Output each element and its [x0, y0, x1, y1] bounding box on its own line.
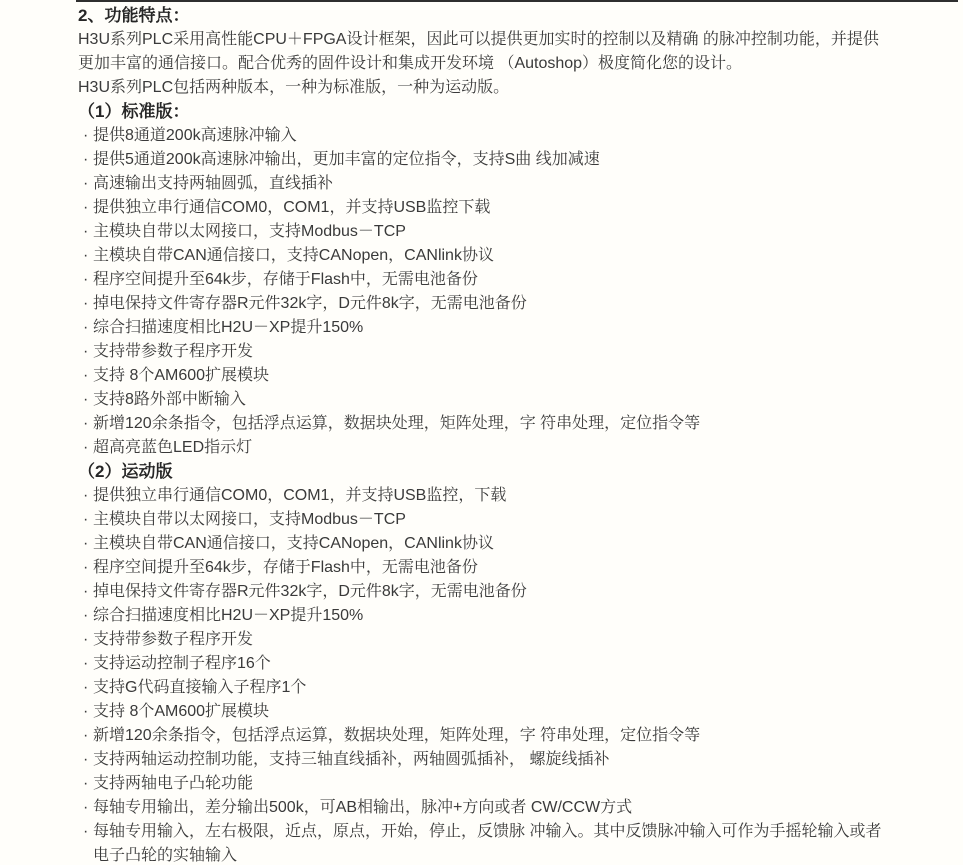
document-page: 2、功能特点： H3U系列PLC采用高性能CPU＋FPGA设计框架，因此可以提供…: [0, 0, 963, 865]
feature-list-item: ·超高亮蓝色LED指示灯: [78, 436, 890, 460]
bullet-dot: ·: [83, 700, 93, 724]
standard-version-section: （1）标准版： ·提供8通道200k高速脉冲输入·提供5通道200k高速脉冲输出…: [78, 100, 890, 460]
feature-list-item: ·掉电保持文件寄存器R元件32k字，D元件8k字，无需电池备份: [78, 292, 890, 316]
bullet-dot: ·: [83, 748, 93, 772]
bullet-dot: ·: [83, 676, 93, 700]
bullet-dot: ·: [83, 508, 93, 532]
feature-list-item: ·支持 8个AM600扩展模块: [78, 700, 890, 724]
feature-text: 程序空间提升至64k步，存储于Flash中，无需电池备份: [93, 559, 478, 576]
bullet-dot: ·: [83, 652, 93, 676]
intro-paragraph: H3U系列PLC采用高性能CPU＋FPGA设计框架，因此可以提供更加实时的控制以…: [78, 28, 890, 100]
feature-list-item: ·支持带参数子程序开发: [78, 340, 890, 364]
intro-line: H3U系列PLC包括两种版本，一种为标准版，一种为运动版。: [78, 76, 890, 100]
feature-list-item: ·主模块自带以太网接口，支持Modbus－TCP: [78, 508, 890, 532]
feature-list-item: ·提供8通道200k高速脉冲输入: [78, 124, 890, 148]
feature-list-item: ·支持G代码直接输入子程序1个: [78, 676, 890, 700]
feature-list-item: ·支持两轴运动控制功能，支持三轴直线插补，两轴圆弧插补， 螺旋线插补: [78, 748, 890, 772]
bullet-dot: ·: [83, 148, 93, 172]
feature-text: 提供独立串行通信COM0，COM1，并支持USB监控，下载: [93, 487, 506, 504]
feature-list-item: ·提供独立串行通信COM0，COM1，并支持USB监控下载: [78, 196, 890, 220]
bullet-dot: ·: [83, 124, 93, 148]
bullet-dot: ·: [83, 796, 93, 820]
table-bottom-border: [76, 0, 958, 2]
feature-text: 主模块自带以太网接口，支持Modbus－TCP: [93, 223, 406, 240]
feature-list-item: ·支持运动控制子程序16个: [78, 652, 890, 676]
intro-line: H3U系列PLC采用高性能CPU＋FPGA设计框架，因此可以提供更加实时的控制以…: [78, 28, 890, 52]
feature-list-item: ·提供独立串行通信COM0，COM1，并支持USB监控，下载: [78, 484, 890, 508]
bullet-dot: ·: [83, 412, 93, 436]
bullet-dot: ·: [83, 556, 93, 580]
feature-text: 超高亮蓝色LED指示灯: [93, 439, 252, 456]
feature-text: 支持带参数子程序开发: [93, 343, 253, 360]
feature-text: 主模块自带CAN通信接口，支持CANopen，CANlink协议: [93, 535, 494, 552]
feature-text: 新增120余条指令，包括浮点运算，数据块处理，矩阵处理，字 符串处理，定位指令等: [93, 727, 700, 744]
bullet-dot: ·: [83, 628, 93, 652]
bullet-dot: ·: [83, 244, 93, 268]
bullet-dot: ·: [83, 316, 93, 340]
bullet-dot: ·: [83, 772, 93, 796]
feature-text: 支持运动控制子程序16个: [93, 655, 271, 672]
motion-version-section: （2）运动版 ·提供独立串行通信COM0，COM1，并支持USB监控，下载·主模…: [78, 460, 890, 865]
feature-list-item: ·提供5通道200k高速脉冲输出，更加丰富的定位指令，支持S曲 线加减速: [78, 148, 890, 172]
bullet-dot: ·: [83, 292, 93, 316]
feature-text: 综合扫描速度相比H2U－XP提升150%: [93, 319, 363, 336]
bullet-dot: ·: [83, 604, 93, 628]
feature-list-item: ·综合扫描速度相比H2U－XP提升150%: [78, 604, 890, 628]
bullet-dot: ·: [83, 484, 93, 508]
feature-list-item: ·支持两轴电子凸轮功能: [78, 772, 890, 796]
feature-list-item: ·高速输出支持两轴圆弧，直线插补: [78, 172, 890, 196]
feature-text: 每轴专用输出，差分输出500k，可AB相输出，脉冲+方向或者 CW/CCW方式: [93, 799, 632, 816]
feature-text: 支持 8个AM600扩展模块: [93, 367, 269, 384]
feature-text: 每轴专用输入，左右极限，近点，原点，开始，停止，反馈脉 冲输入。其中反馈脉冲输入…: [93, 823, 881, 864]
feature-text: 新增120余条指令，包括浮点运算，数据块处理，矩阵处理，字 符串处理，定位指令等: [93, 415, 700, 432]
feature-text: 高速输出支持两轴圆弧，直线插补: [93, 175, 333, 192]
feature-list-item: ·主模块自带CAN通信接口，支持CANopen，CANlink协议: [78, 244, 890, 268]
feature-list-item: ·新增120余条指令，包括浮点运算，数据块处理，矩阵处理，字 符串处理，定位指令…: [78, 412, 890, 436]
feature-list-item: ·程序空间提升至64k步，存储于Flash中，无需电池备份: [78, 268, 890, 292]
bullet-dot: ·: [83, 268, 93, 292]
feature-text: 提供5通道200k高速脉冲输出，更加丰富的定位指令，支持S曲 线加减速: [93, 151, 600, 168]
bullet-dot: ·: [83, 580, 93, 604]
feature-text: 支持 8个AM600扩展模块: [93, 703, 269, 720]
feature-list-item: ·每轴专用输入，左右极限，近点，原点，开始，停止，反馈脉 冲输入。其中反馈脉冲输…: [78, 820, 890, 865]
bullet-dot: ·: [83, 340, 93, 364]
feature-text: 提供8通道200k高速脉冲输入: [93, 127, 297, 144]
bullet-dot: ·: [83, 172, 93, 196]
feature-text: 支持8路外部中断输入: [93, 391, 246, 408]
feature-text: 提供独立串行通信COM0，COM1，并支持USB监控下载: [93, 199, 490, 216]
motion-version-heading: （2）运动版: [78, 460, 890, 484]
feature-text: 综合扫描速度相比H2U－XP提升150%: [93, 607, 363, 624]
bullet-dot: ·: [83, 532, 93, 556]
feature-text: 支持两轴运动控制功能，支持三轴直线插补，两轴圆弧插补， 螺旋线插补: [93, 751, 609, 768]
feature-text: 程序空间提升至64k步，存储于Flash中，无需电池备份: [93, 271, 478, 288]
standard-version-heading: （1）标准版：: [78, 100, 890, 124]
bullet-dot: ·: [83, 724, 93, 748]
feature-text: 主模块自带以太网接口，支持Modbus－TCP: [93, 511, 406, 528]
bullet-dot: ·: [83, 220, 93, 244]
feature-text: 支持两轴电子凸轮功能: [93, 775, 253, 792]
bullet-dot: ·: [83, 196, 93, 220]
feature-text: 支持带参数子程序开发: [93, 631, 253, 648]
bullet-dot: ·: [83, 364, 93, 388]
feature-text: 掉电保持文件寄存器R元件32k字，D元件8k字，无需电池备份: [93, 583, 527, 600]
feature-list-item: ·主模块自带CAN通信接口，支持CANopen，CANlink协议: [78, 532, 890, 556]
feature-text: 掉电保持文件寄存器R元件32k字，D元件8k字，无需电池备份: [93, 295, 527, 312]
section-title: 2、功能特点：: [78, 4, 890, 28]
standard-feature-list: ·提供8通道200k高速脉冲输入·提供5通道200k高速脉冲输出，更加丰富的定位…: [78, 124, 890, 460]
feature-list-item: ·掉电保持文件寄存器R元件32k字，D元件8k字，无需电池备份: [78, 580, 890, 604]
feature-list-item: ·程序空间提升至64k步，存储于Flash中，无需电池备份: [78, 556, 890, 580]
feature-text: 支持G代码直接输入子程序1个: [93, 679, 306, 696]
bullet-dot: ·: [83, 820, 93, 844]
feature-list-item: ·支持 8个AM600扩展模块: [78, 364, 890, 388]
feature-list-item: ·支持带参数子程序开发: [78, 628, 890, 652]
feature-text: 主模块自带CAN通信接口，支持CANopen，CANlink协议: [93, 247, 494, 264]
document-content: 2、功能特点： H3U系列PLC采用高性能CPU＋FPGA设计框架，因此可以提供…: [78, 4, 890, 865]
feature-list-item: ·新增120余条指令，包括浮点运算，数据块处理，矩阵处理，字 符串处理，定位指令…: [78, 724, 890, 748]
bullet-dot: ·: [83, 436, 93, 460]
feature-list-item: ·每轴专用输出，差分输出500k，可AB相输出，脉冲+方向或者 CW/CCW方式: [78, 796, 890, 820]
intro-line: 更加丰富的通信接口。配合优秀的固件设计和集成开发环境 （Autoshop）极度简…: [78, 52, 890, 76]
motion-feature-list: ·提供独立串行通信COM0，COM1，并支持USB监控，下载·主模块自带以太网接…: [78, 484, 890, 865]
feature-list-item: ·综合扫描速度相比H2U－XP提升150%: [78, 316, 890, 340]
bullet-dot: ·: [83, 388, 93, 412]
feature-list-item: ·支持8路外部中断输入: [78, 388, 890, 412]
feature-list-item: ·主模块自带以太网接口，支持Modbus－TCP: [78, 220, 890, 244]
